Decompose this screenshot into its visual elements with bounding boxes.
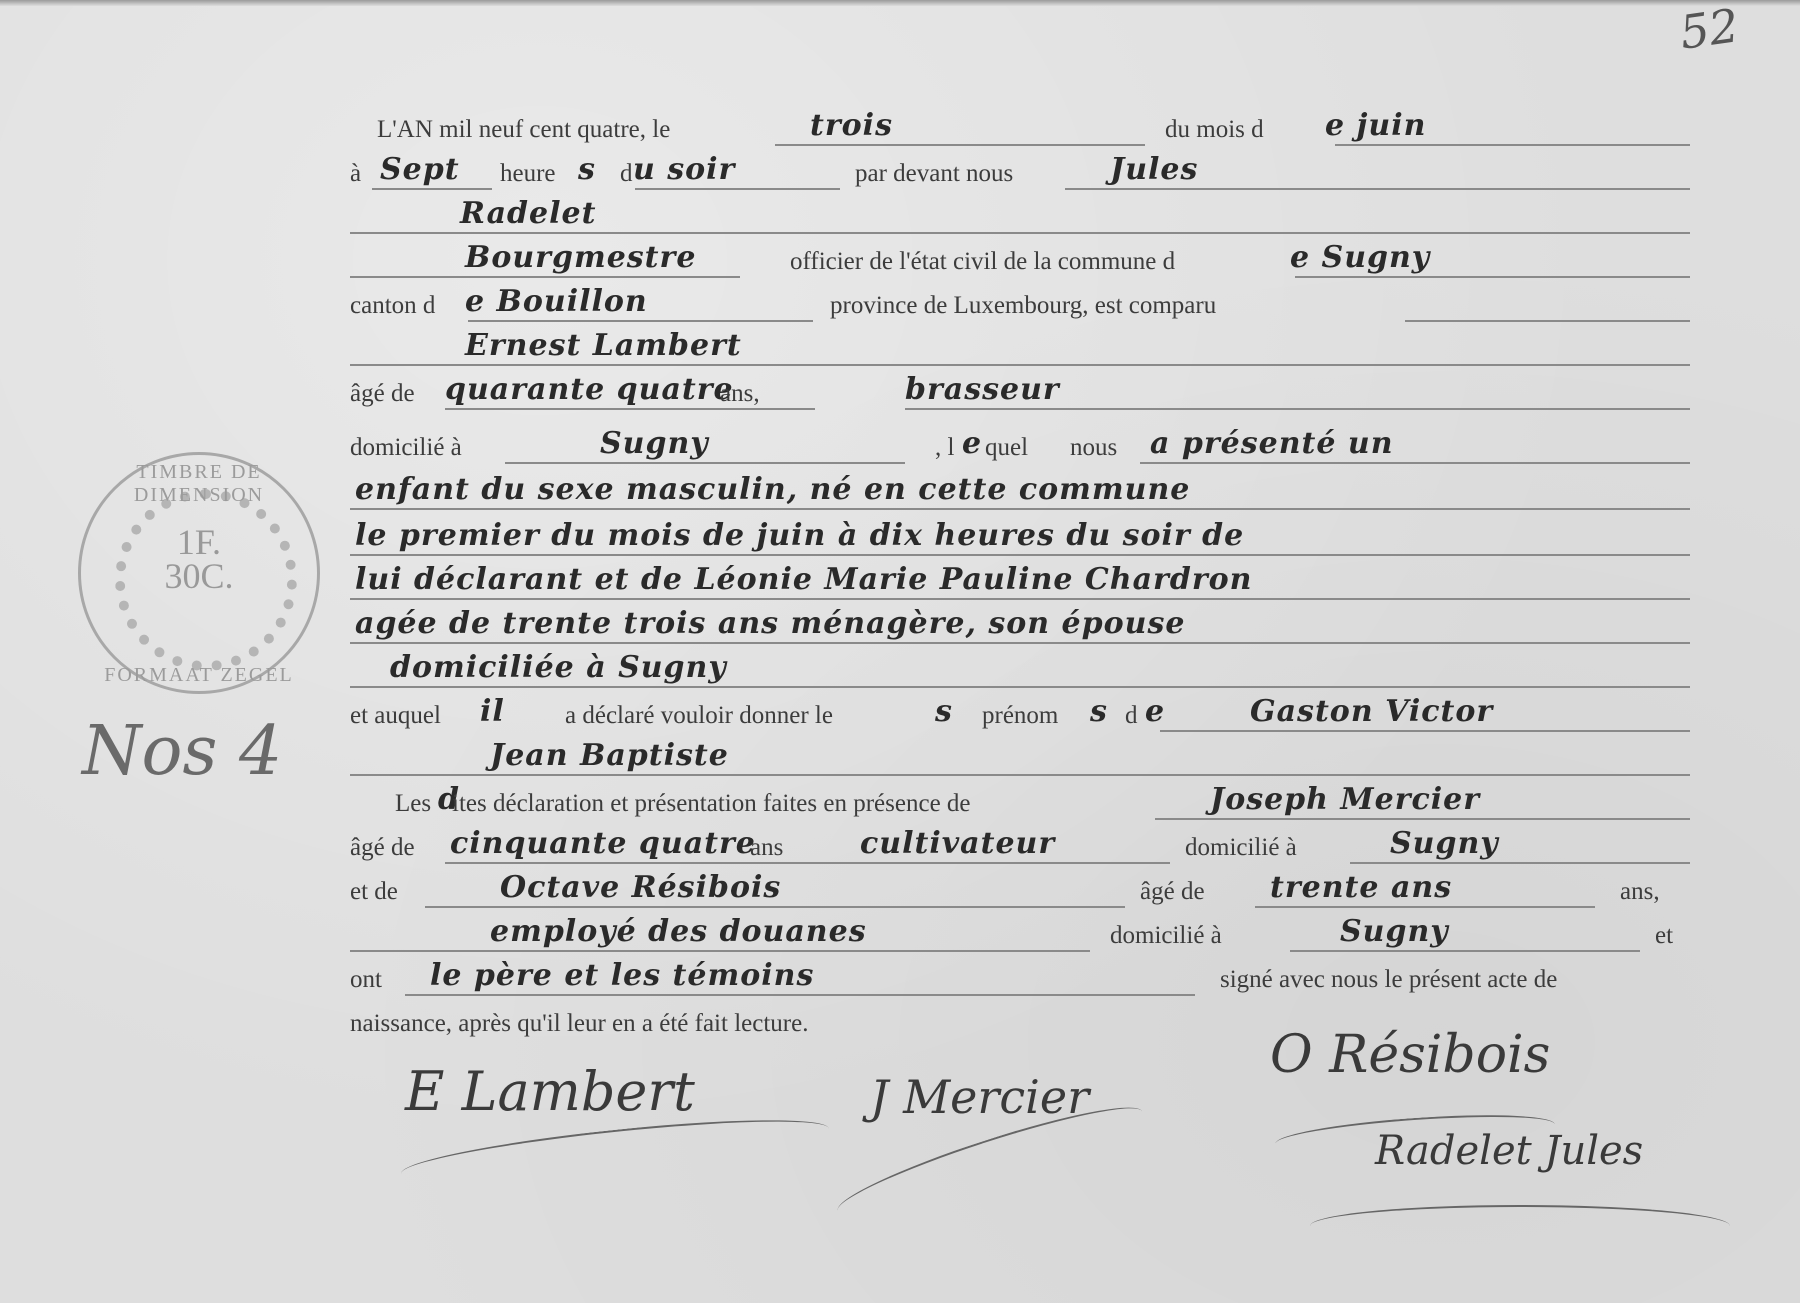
printed-text: quel <box>985 426 1028 470</box>
handwritten-witness2-occupation: employé des douanes <box>490 910 867 954</box>
handwritten-domicile: Sugny <box>600 422 709 466</box>
signature-mercier: J Mercier <box>870 1070 1089 1124</box>
printed-text: du mois d <box>1165 108 1264 152</box>
form-line-2: à Sept heure s d u soir par devant nous … <box>350 152 1690 196</box>
handwritten-text: a présenté un <box>1150 422 1394 466</box>
form-line-20: ont le père et les témoins signé avec no… <box>350 958 1690 1002</box>
handwritten-suffix: e <box>962 422 982 466</box>
printed-text: par devant nous <box>855 152 1013 196</box>
stamp-value: 1F. 30C. <box>81 525 317 593</box>
handwritten-month: e juin <box>1325 104 1426 148</box>
form-line-4: Bourgmestre officier de l'état civil de … <box>350 240 1690 284</box>
form-line-10: le premier du mois de juin à dix heures … <box>350 518 1690 562</box>
printed-text: et <box>1655 914 1673 958</box>
printed-text: heure <box>500 152 556 196</box>
stamp-value-cents: 30C. <box>81 559 317 593</box>
form-line-8: domicilié à Sugny , l e quel nous a prés… <box>350 426 1690 470</box>
printed-text: ans, <box>720 372 760 416</box>
printed-text: ites déclaration et présentation faites … <box>452 782 971 826</box>
handwritten-witness2-domicile: Sugny <box>1340 910 1449 954</box>
printed-text: et auquel <box>350 694 441 738</box>
printed-text: canton d <box>350 284 435 328</box>
handwritten-declarant-occupation: brasseur <box>905 368 1060 412</box>
printed-text: ans, <box>1620 870 1660 914</box>
handwritten-signers: le père et les témoins <box>430 954 814 998</box>
handwritten-witness1-name: Joseph Mercier <box>1210 778 1480 822</box>
signature-lambert: E Lambert <box>405 1060 695 1123</box>
document-page: 52 TIMBRE DE DIMENSION 1F. 30C. FORMAAT … <box>0 0 1800 1303</box>
page-number: 52 <box>1677 0 1742 60</box>
printed-text: prénom <box>982 694 1058 738</box>
printed-text: nous <box>1070 426 1117 470</box>
printed-text: ont <box>350 958 382 1002</box>
stamp-bottom-text: FORMAAT ZEGEL <box>81 664 317 687</box>
handwritten-text: lui déclarant et de Léonie Marie Pauline… <box>355 558 1252 602</box>
handwritten-canton: e Bouillon <box>465 280 648 324</box>
handwritten-witness1-domicile: Sugny <box>1390 822 1499 866</box>
signature-flourish <box>1310 1205 1730 1247</box>
handwritten-child-firstnames: Gaston Victor <box>1250 690 1493 734</box>
form-line-5: canton d e Bouillon province de Luxembou… <box>350 284 1690 328</box>
signature-resibois: O Résibois <box>1270 1025 1550 1085</box>
form-line-6: Ernest Lambert <box>350 328 1690 372</box>
handwritten-officer-title: Bourgmestre <box>465 236 696 280</box>
handwritten-officer-surname: Radelet <box>460 192 596 236</box>
printed-text: d <box>1125 694 1138 738</box>
handwritten-officer-firstname: Jules <box>1110 148 1198 192</box>
printed-text: naissance, après qu'il leur en a été fai… <box>350 1002 808 1046</box>
handwritten-time-of-day: u soir <box>633 148 735 192</box>
handwritten-hour: Sept <box>380 148 460 192</box>
printed-text: L'AN mil neuf cent quatre, le <box>377 108 670 152</box>
printed-text: ans <box>750 826 783 870</box>
handwritten-text: enfant du sexe masculin, né en cette com… <box>355 468 1190 512</box>
handwritten-child-names-cont: Jean Baptiste <box>490 734 729 778</box>
printed-text: à <box>350 152 361 196</box>
form-line-18: et de Octave Résibois âgé de trente ans … <box>350 870 1690 914</box>
form-line-13: domiciliée à Sugny <box>350 650 1690 694</box>
handwritten-suffix: s <box>935 690 953 734</box>
handwritten-commune: e Sugny <box>1290 236 1430 280</box>
printed-text: signé avec nous le présent acte de <box>1220 958 1557 1002</box>
form-line-12: agée de trente trois ans ménagère, son é… <box>350 606 1690 650</box>
handwritten-witness2-name: Octave Résibois <box>500 866 781 910</box>
handwritten-suffix: e <box>1145 690 1165 734</box>
form-line-16: Les d ites déclaration et présentation f… <box>350 782 1690 826</box>
printed-text: domicilié à <box>1110 914 1222 958</box>
form-line-17: âgé de cinquante quatre ans cultivateur … <box>350 826 1690 870</box>
printed-text: province de Luxembourg, est comparu <box>830 284 1216 328</box>
handwritten-witness1-occupation: cultivateur <box>860 822 1055 866</box>
printed-text: , l <box>935 426 954 470</box>
form-line-7: âgé de quarante quatre ans, brasseur <box>350 372 1690 416</box>
form-line-1: L'AN mil neuf cent quatre, le trois du m… <box>350 108 1690 152</box>
handwritten-suffix: s <box>578 148 596 192</box>
handwritten-suffix: s <box>1090 690 1108 734</box>
form-line-3: Radelet <box>350 196 1690 240</box>
stamp-value-francs: 1F. <box>81 525 317 559</box>
stamp-top-text: TIMBRE DE DIMENSION <box>81 461 317 507</box>
form-line-11: lui déclarant et de Léonie Marie Pauline… <box>350 562 1690 606</box>
handwritten-witness2-age: trente ans <box>1270 866 1452 910</box>
handwritten-text: domiciliée à Sugny <box>390 646 727 690</box>
printed-text: a déclaré vouloir donner le <box>565 694 833 738</box>
printed-text: d <box>620 152 633 196</box>
form-line-9: enfant du sexe masculin, né en cette com… <box>350 472 1690 516</box>
printed-text: âgé de <box>350 372 415 416</box>
page-edge-shadow <box>0 0 1800 6</box>
handwritten-witness1-age: cinquante quatre <box>450 822 756 866</box>
fill-rule <box>1405 320 1690 322</box>
printed-text: âgé de <box>1140 870 1205 914</box>
signature-radelet: Radelet Jules <box>1375 1128 1643 1174</box>
form-line-15: Jean Baptiste <box>350 738 1690 782</box>
handwritten-declarant-name: Ernest Lambert <box>465 324 742 368</box>
handwritten-text: le premier du mois de juin à dix heures … <box>355 514 1244 558</box>
form-line-14: et auquel il a déclaré vouloir donner le… <box>350 694 1690 738</box>
printed-text: domicilié à <box>350 426 462 470</box>
printed-text: officier de l'état civil de la commune d <box>790 240 1175 284</box>
printed-text: et de <box>350 870 398 914</box>
handwritten-declarant-age: quarante quatre <box>445 368 734 412</box>
handwritten-pronoun: il <box>480 690 505 734</box>
handwritten-text: agée de trente trois ans ménagère, son é… <box>355 602 1185 646</box>
form-line-19: employé des douanes domicilié à Sugny et <box>350 914 1690 958</box>
printed-text: âgé de <box>350 826 415 870</box>
record-number: Nos 4 <box>82 712 282 791</box>
revenue-stamp: TIMBRE DE DIMENSION 1F. 30C. FORMAAT ZEG… <box>78 452 320 694</box>
printed-text: domicilié à <box>1185 826 1297 870</box>
handwritten-day: trois <box>810 104 893 148</box>
printed-text: Les <box>395 782 431 826</box>
